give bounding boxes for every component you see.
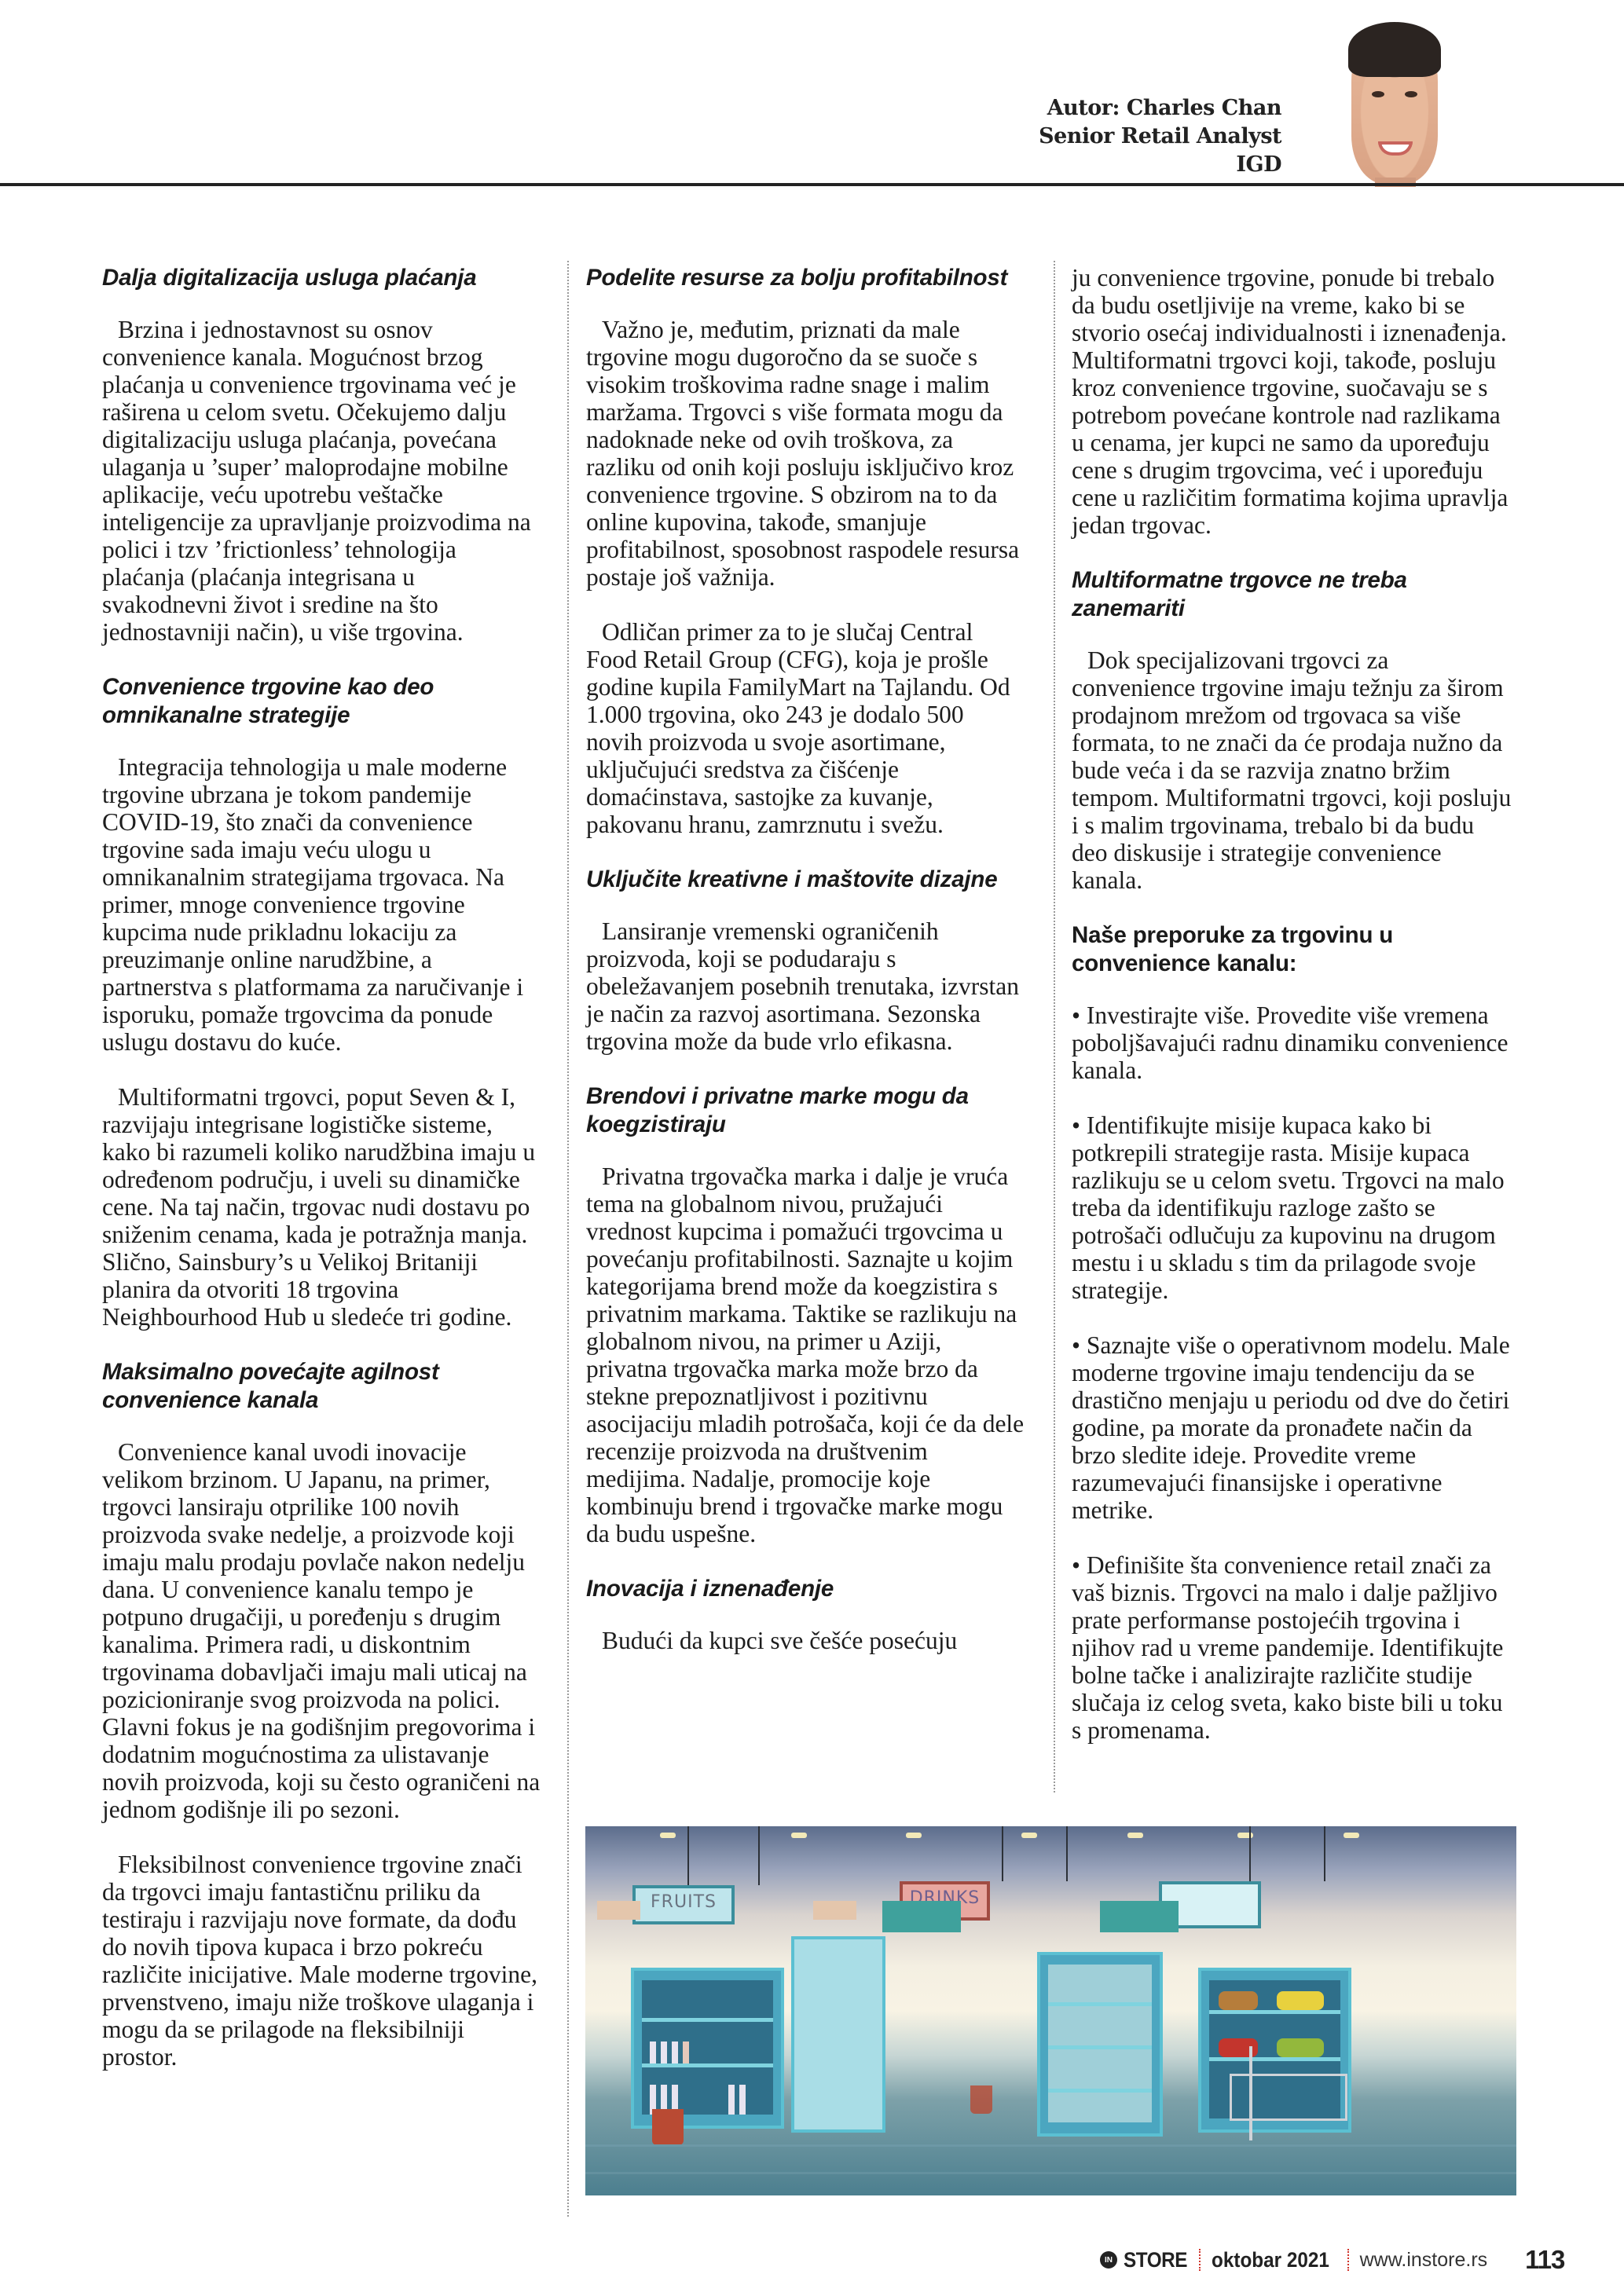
produce-banana-icon — [1277, 1991, 1324, 2010]
paragraph: Dok specijalizovani trgovci za convenien… — [1072, 646, 1512, 894]
recommendation-item: • Saznajte više o operativnom modelu. Ma… — [1072, 1331, 1512, 1524]
store-interior-illustration: FRUITS DRINKS — [585, 1826, 1516, 2195]
author-portrait-icon — [1351, 24, 1438, 184]
sign-wire — [687, 1826, 689, 1885]
fridge-interior — [1048, 1965, 1152, 2122]
author-byline: Autor: Charles Chan Senior Retail Analys… — [1039, 94, 1281, 179]
subheading-innovation: Inovacija i iznenađenje — [586, 1575, 1026, 1603]
floor-line — [585, 2172, 1516, 2174]
produce-bread-icon — [1219, 1991, 1258, 2010]
shopping-basket-icon — [970, 2085, 992, 2114]
shelf-board — [642, 2063, 773, 2067]
page-footer: IN STORE oktobar 2021 www.instore.rs 113 — [1100, 2247, 1564, 2273]
paragraph-continued-text: convenience trgovine, ponude bi trebalo … — [1072, 264, 1508, 539]
author-role: Senior Retail Analyst — [1039, 123, 1281, 151]
hyphen-prefix: ju — [1072, 264, 1097, 291]
ceiling-light-icon — [1021, 1833, 1037, 1838]
portrait-eye-left — [1372, 91, 1384, 97]
hanging-sign — [882, 1901, 961, 1932]
portrait-hair — [1348, 22, 1441, 77]
author-name: Autor: Charles Chan — [1039, 94, 1281, 123]
sign-wire — [1002, 1826, 1003, 1881]
column-divider-1 — [567, 261, 569, 2217]
product-bottle — [672, 2041, 678, 2063]
paragraph: Brzina i jednostavnost su osnov convenie… — [102, 316, 542, 646]
ceiling-light-icon — [906, 1833, 922, 1838]
paragraph: Convenience kanal uvodi inovacije veliko… — [102, 1438, 542, 1823]
recommendation-item: • Definišite šta convenience retail znač… — [1072, 1551, 1512, 1744]
author-organization: IGD — [1039, 151, 1281, 179]
paragraph-continued: ju convenience trgovine, ponude bi treba… — [1072, 264, 1512, 539]
shelf-board — [1209, 2057, 1340, 2061]
paragraph: Privatna trgovačka marka i dalje je vruć… — [586, 1163, 1026, 1547]
subheading-brands-private-labels: Brendovi i privatne marke mogu da koegzi… — [586, 1082, 1026, 1139]
subheading-resources: Podelite resurse za bolju profitabilnost — [586, 264, 1026, 292]
paragraph: Integracija tehnologija u male moderne t… — [102, 753, 542, 1056]
issue-date: oktobar 2021 — [1212, 2248, 1329, 2272]
ceiling-light-icon — [1344, 1833, 1359, 1838]
product-bottle — [739, 2085, 746, 2115]
product-bottle — [650, 2041, 656, 2063]
paragraph: Lansiranje vremenski ograničenih proizvo… — [586, 917, 1026, 1055]
subheading-omnichannel: Convenience trgovine kao deo omnikanalne… — [102, 673, 542, 730]
product-bottle — [661, 2041, 667, 2063]
ceiling-light-icon — [1127, 1833, 1143, 1838]
fruits-sign: FRUITS — [632, 1885, 735, 1924]
footer-separator — [1199, 2249, 1201, 2271]
footer-separator — [1347, 2249, 1349, 2271]
hanging-sign — [597, 1901, 640, 1920]
shopping-basket-icon — [652, 2109, 684, 2145]
paragraph: Odličan primer za to je slučaj Central F… — [586, 618, 1026, 838]
paragraph: Fleksibilnost convenience trgovine znači… — [102, 1851, 542, 2071]
subheading-digital-payments: Dalja digitalizacija usluga plaćanja — [102, 264, 542, 292]
recommendation-item: • Investirajte više. Provedite više vrem… — [1072, 1002, 1512, 1084]
article-column-3: ju convenience trgovine, ponude bi treba… — [1072, 264, 1512, 1771]
ceiling-light-icon — [1237, 1833, 1253, 1838]
article-column-2: Podelite resurse za bolju profitabilnost… — [586, 264, 1026, 1682]
subheading-creative-designs: Uključite kreativne i maštovite dizajne — [586, 866, 1026, 894]
glass-fridge — [791, 1936, 885, 2133]
shelf-board — [642, 2018, 773, 2022]
sign-wire — [758, 1826, 760, 1885]
recommendation-item: • Identifikujte misije kupaca kako bi po… — [1072, 1111, 1512, 1304]
paragraph: Važno je, međutim, priznati da male trgo… — [586, 316, 1026, 591]
sign-wire — [1066, 1826, 1068, 1881]
beverage-fridge — [1037, 1952, 1163, 2137]
shopping-cart-handle — [1249, 2046, 1252, 2140]
hanging-sign — [1100, 1901, 1179, 1932]
website-link[interactable]: www.instore.rs — [1360, 2249, 1488, 2272]
paragraph: Budući da kupci sve češće posećuju — [586, 1627, 1026, 1654]
header-rule — [0, 183, 1624, 186]
produce-lime-icon — [1277, 2038, 1324, 2057]
paragraph: Multiformatni trgovci, poput Seven & I, … — [102, 1083, 542, 1331]
floor-line — [585, 2144, 1516, 2147]
product-bottle — [728, 2085, 735, 2115]
shopping-cart-icon — [1230, 2074, 1347, 2121]
column-divider-2 — [1054, 261, 1055, 1792]
magazine-brand: STORE — [1124, 2248, 1187, 2272]
shelf-board — [1048, 2089, 1152, 2093]
portrait-mouth — [1378, 141, 1413, 156]
article-column-1: Dalja digitalizacija usluga plaćanja Brz… — [102, 264, 542, 2098]
sign-wire — [1249, 1826, 1251, 1881]
product-bottle — [683, 2041, 689, 2063]
page-number: 113 — [1525, 2245, 1564, 2275]
sign-wire — [1324, 1826, 1325, 1881]
subheading-multiformat: Multiformatne trgovce ne treba zanemarit… — [1072, 566, 1512, 623]
shelf-board — [1048, 2045, 1152, 2049]
ceiling-light-icon — [660, 1833, 676, 1838]
instore-logo-icon: IN — [1100, 2251, 1117, 2269]
hanging-sign — [813, 1901, 856, 1920]
portrait-eye-right — [1405, 91, 1417, 97]
ceiling-light-icon — [791, 1833, 807, 1838]
subheading-agility: Maksimalno povećajte agilnost convenienc… — [102, 1358, 542, 1415]
subheading-recommendations: Naše preporuke za trgovinu u convenience… — [1072, 921, 1512, 978]
shelf-board — [1048, 2002, 1152, 2006]
shelf-unit-dairy — [631, 1968, 784, 2129]
shelf-board — [1209, 2010, 1340, 2014]
